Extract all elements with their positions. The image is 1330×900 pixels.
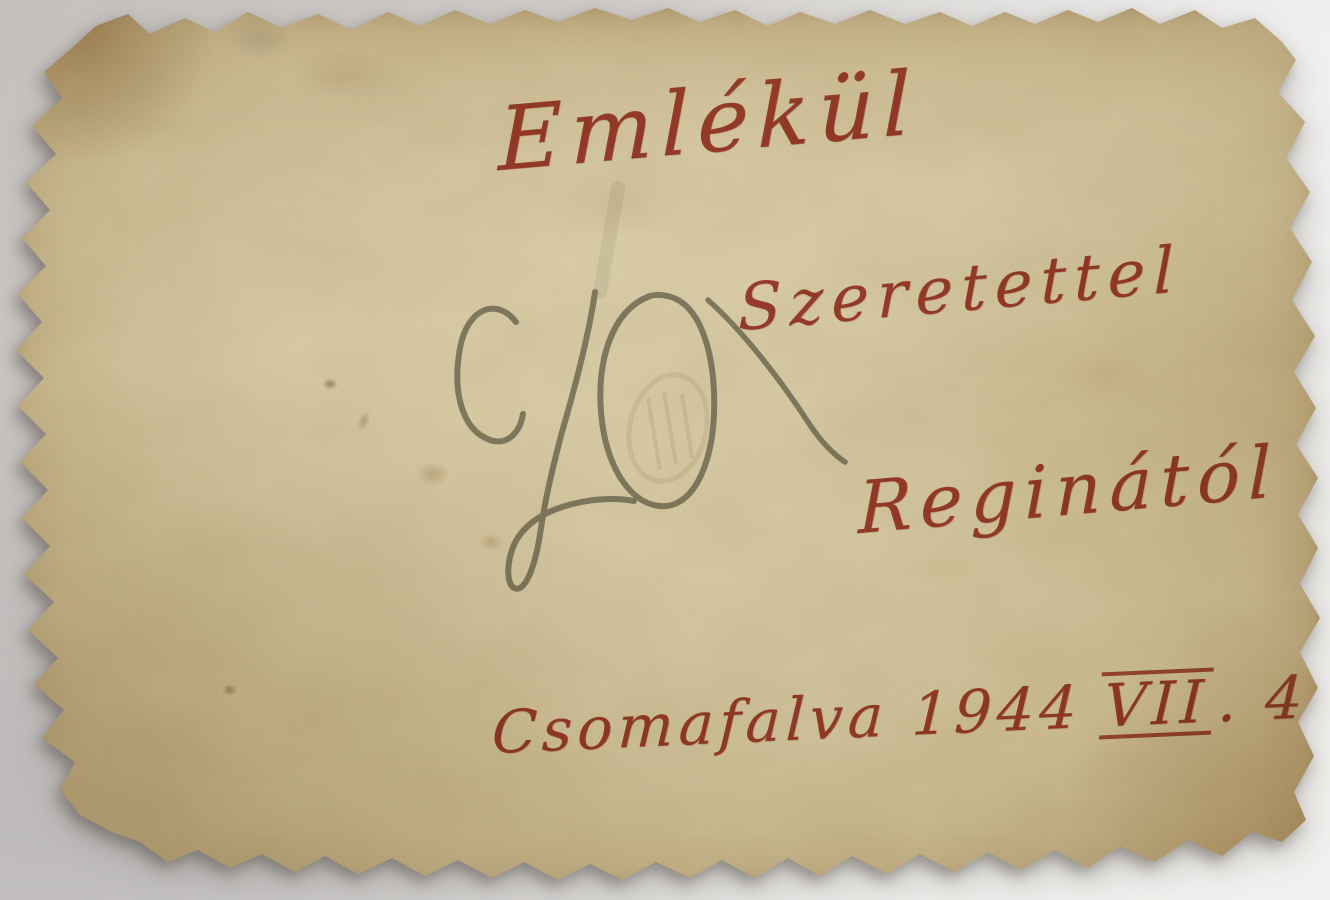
deckle-edge-toning	[0, 0, 1330, 900]
card-shadow: Emlékül Szeretettel Reginától Csomafalva…	[0, 0, 1330, 900]
photo-back-scene: Emlékül Szeretettel Reginától Csomafalva…	[0, 0, 1330, 900]
deckled-photo-card: Emlékül Szeretettel Reginától Csomafalva…	[0, 0, 1330, 900]
